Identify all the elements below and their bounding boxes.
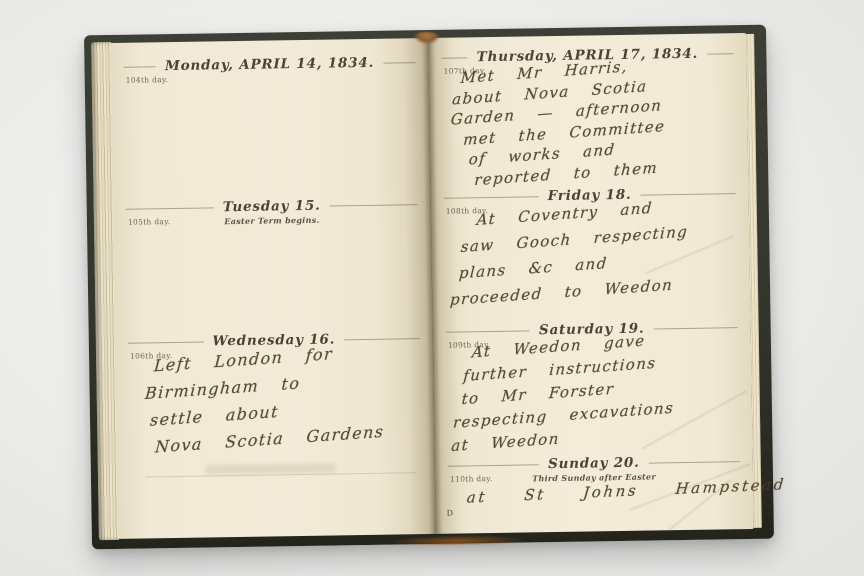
handwritten-entry: Met Mr Harris, about Nova Scotia Garden … — [420, 48, 746, 194]
diary-section-tuesday: Tuesday 15. Easter Term begins. 105th da… — [113, 196, 431, 228]
day-count-label: 110th day. — [450, 474, 493, 484]
right-page: Thursday, APRIL 17, 1834. 107th day. Met… — [428, 33, 754, 534]
photo-stage: Monday, APRIL 14, 1834. 104th day. Tuesd… — [0, 0, 864, 576]
signature-mark: D — [446, 509, 453, 518]
left-page: Monday, APRIL 14, 1834. 104th day. Tuesd… — [110, 38, 436, 539]
divider-line — [126, 207, 214, 209]
diary-book: Monday, APRIL 14, 1834. 104th day. Tuesd… — [84, 25, 774, 550]
divider-line — [649, 461, 740, 463]
section-title-sunday: Sunday 20. — [548, 455, 640, 472]
divider-line — [383, 62, 415, 64]
cover-wear-patch — [392, 535, 522, 546]
divider-line — [444, 196, 539, 198]
section-title-monday: Monday, APRIL 14, 1834. — [165, 55, 374, 74]
divider-line — [446, 330, 530, 332]
divider-line — [123, 66, 155, 68]
torn-page-remnant — [414, 32, 440, 44]
diary-section-thursday: Thursday, APRIL 17, 1834. 107th day. Met… — [428, 45, 748, 193]
handwritten-entry: At Weedon gave further instructions to M… — [425, 322, 751, 459]
section-title-tuesday: Tuesday 15. — [223, 198, 321, 216]
divider-line — [448, 464, 539, 466]
diary-section-wednesday: Wednesday 16. 106th day. Left London for… — [115, 330, 435, 463]
day-count-label: 105th day. — [128, 217, 171, 227]
divider-line — [128, 341, 204, 343]
divider-line — [330, 204, 418, 206]
diary-section-monday: Monday, APRIL 14, 1834. 104th day. — [110, 54, 428, 75]
day-count-label: 104th day. — [126, 75, 169, 85]
diary-section-saturday: Saturday 19. 109th day. At Weedon gave f… — [433, 319, 753, 459]
divider-line — [441, 57, 467, 58]
handwritten-entry: Left London for Birmingham to settle abo… — [107, 333, 432, 463]
